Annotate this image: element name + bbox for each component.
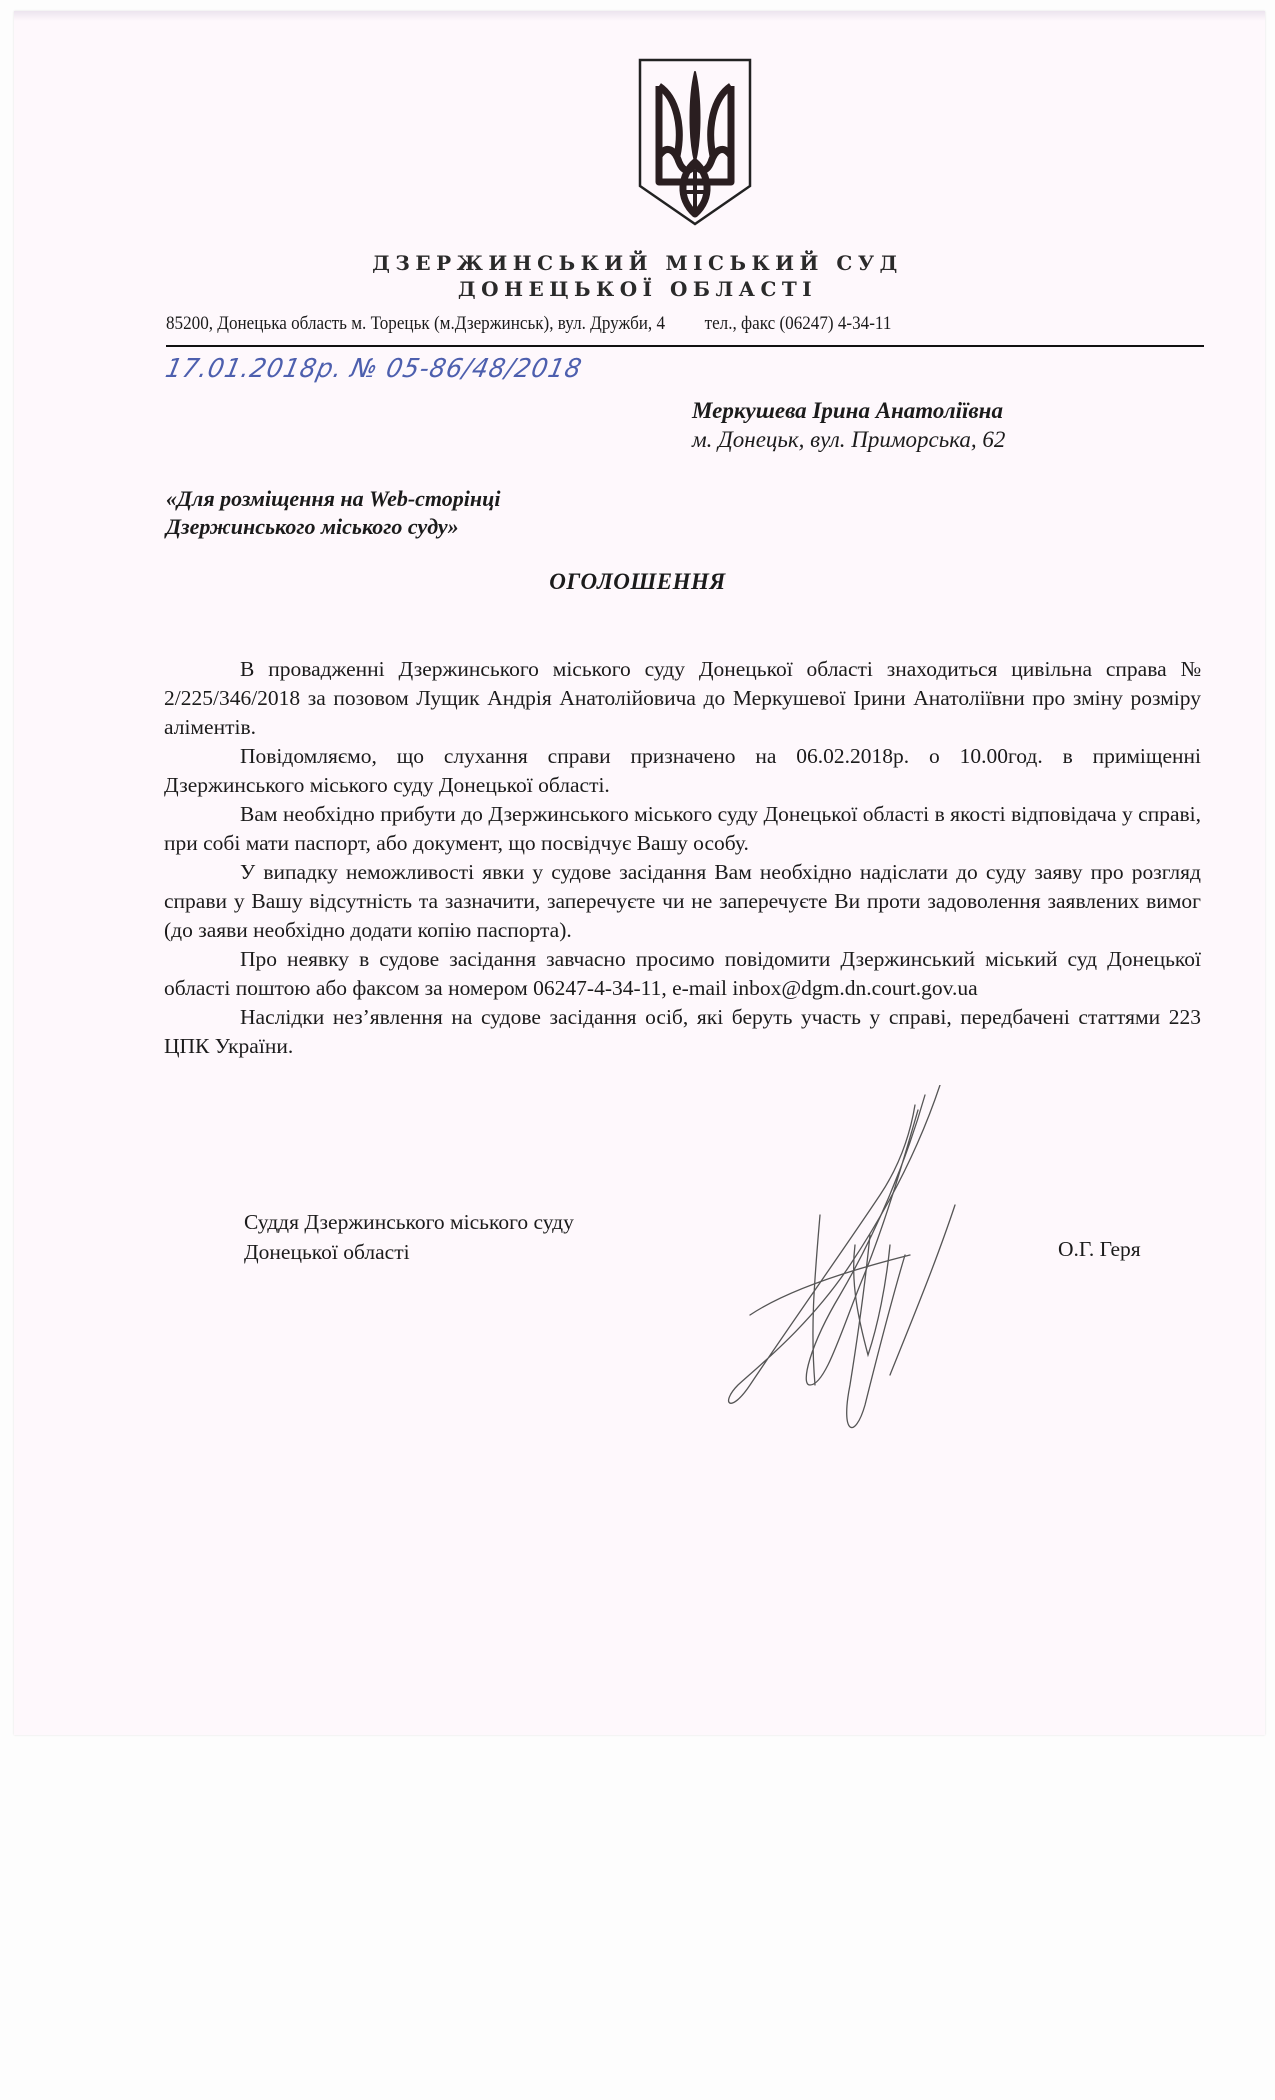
- letterhead-divider: [166, 345, 1204, 347]
- court-address-line: 85200, Донецька область м. Торецьк (м.Дз…: [166, 313, 1102, 335]
- handwritten-signature-icon: [690, 1085, 990, 1445]
- web-note-line1: «Для розміщення на Web-сторінці: [166, 485, 500, 513]
- court-name-line1: ДЗЕРЖИНСЬКИЙ МІСЬКИЙ СУД: [0, 251, 1275, 275]
- web-note-line2: Дзержинського міського суду»: [166, 513, 500, 541]
- signer-name: О.Г. Геря: [1058, 1237, 1141, 1262]
- signer-position: Суддя Дзержинського міського суду Донець…: [244, 1207, 574, 1267]
- signer-position-line1: Суддя Дзержинського міського суду: [244, 1207, 574, 1237]
- court-name-line2: ДОНЕЦЬКОЇ ОБЛАСТІ: [0, 277, 1275, 301]
- document-title: ОГОЛОШЕННЯ: [0, 569, 1275, 595]
- body-paragraph: В провадженні Дзержинського міського суд…: [164, 655, 1201, 742]
- body-paragraph: Про неявку в судове засідання завчасно п…: [164, 945, 1201, 1003]
- body-paragraph: Наслідки нез’явлення на судове засідання…: [164, 1003, 1201, 1061]
- addressee-block: Меркушева Ірина Анатоліївна м. Донецьк, …: [692, 396, 1005, 454]
- scanned-page: ДЗЕРЖИНСЬКИЙ МІСЬКИЙ СУД ДОНЕЦЬКОЇ ОБЛАС…: [14, 11, 1265, 1735]
- body-paragraph: У випадку неможливості явки у судове зас…: [164, 858, 1201, 945]
- body-paragraph: Повідомляємо, що слухання справи признач…: [164, 742, 1201, 800]
- addressee-name: Меркушева Ірина Анатоліївна: [692, 396, 1005, 425]
- trident-emblem-icon: [637, 58, 753, 226]
- web-publication-note: «Для розміщення на Web-сторінці Дзержинс…: [166, 485, 500, 541]
- addressee-address: м. Донецьк, вул. Приморська, 62: [692, 425, 1005, 454]
- body-paragraph: Вам необхідно прибути до Дзержинського м…: [164, 800, 1201, 858]
- court-phone: тел., факс (06247) 4-34-11: [705, 313, 892, 334]
- announcement-body: В провадженні Дзержинського міського суд…: [164, 655, 1201, 1061]
- handwritten-reference: 17.01.2018р. № 05-86/48/2018: [163, 354, 585, 384]
- court-address: 85200, Донецька область м. Торецьк (м.Дз…: [166, 313, 665, 334]
- signer-position-line2: Донецької області: [244, 1237, 574, 1267]
